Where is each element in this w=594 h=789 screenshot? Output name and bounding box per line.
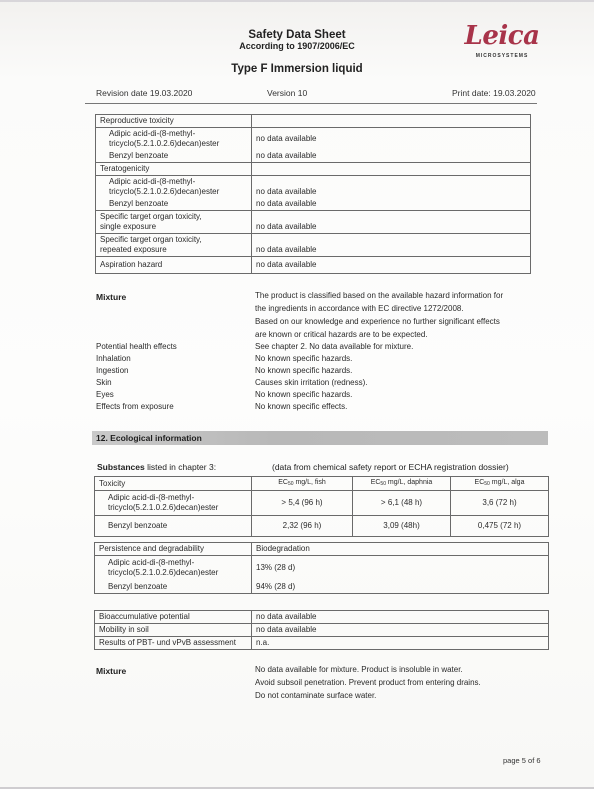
mixture-eco-label: Mixture [96,666,126,676]
data-source-note: (data from chemical safety report or ECH… [272,462,509,472]
substance-line: Adipic acid-di-(8-methyl- [109,129,247,139]
column-header: Persistence and degradability [95,543,252,556]
logo-wordmark: Leica [452,22,552,50]
table-row: Reproductive toxicity [96,115,531,128]
paragraph-line: Do not contaminate surface water. [255,689,481,702]
revision-date: Revision date 19.03.2020 [96,88,192,98]
substances-rest: listed in chapter 3: [145,462,216,472]
column-header: EC50 mg/L, daphnia [353,477,451,491]
effect-value: See chapter 2. No data available for mix… [255,342,413,351]
table-row: Specific target organ toxicity, single e… [96,211,531,234]
row-heading: Teratogenicity [96,163,252,176]
substances-bold: Substances [97,462,145,472]
table-row: Adipic acid-di-(8-methyl- tricyclo(5.2.1… [96,176,531,199]
mixture-paragraph: The product is classified based on the a… [255,289,503,341]
alga-value: 3,6 (72 h) [451,491,549,516]
product-name: Type F Immersion liquid [0,63,594,75]
persistence-table: Persistence and degradability Biodegrada… [94,542,549,594]
paragraph-line: Based on our knowledge and experience no… [255,315,503,328]
table-row: Adipic acid-di-(8-methyl- tricyclo(5.2.1… [95,491,549,516]
logo-subtitle: MICROSYSTEMS [452,53,552,59]
row-heading: Reproductive toxicity [96,115,252,128]
effect-label: Ingestion [96,366,128,375]
effect-label: Potential health effects [96,342,177,351]
table-row: Specific target organ toxicity, repeated… [96,234,531,257]
table-row: Benzyl benzoate 2,32 (96 h) 3,09 (48h) 0… [95,516,549,537]
row-label: Mobility in soil [95,624,252,637]
table-row: Results of PBT- und vPvB assessment n.a. [95,637,549,650]
effect-value: No known specific hazards. [255,390,352,399]
substance-line: tricyclo(5.2.1.0.2.6)decan)ester [109,139,247,149]
paragraph-line: The product is classified based on the a… [255,289,503,302]
substance-name: Adipic acid-di-(8-methyl- tricyclo(5.2.1… [96,128,252,151]
version: Version 10 [267,88,307,98]
paragraph-line: Avoid subsoil penetration. Prevent produ… [255,676,481,689]
effect-label: Skin [96,378,112,387]
substance-name: Benzyl benzoate [95,516,252,537]
effect-value: Causes skin irritation (redness). [255,378,367,387]
cell-value: no data available [252,128,531,151]
cell-value: no data available [252,176,531,199]
leica-logo: Leica MICROSYSTEMS [452,22,552,59]
substance-name: Benzyl benzoate [96,150,252,163]
substance-name: Benzyl benzoate [96,198,252,211]
column-header: Toxicity [95,477,252,491]
substances-intro: Substances listed in chapter 3: [97,462,216,472]
mixture-eco-text: No data available for mixture. Product i… [255,663,481,702]
column-header: Biodegradation [252,543,549,556]
cell-value: n.a. [252,637,549,650]
biodegradation-value: 13% (28 d) [252,556,549,580]
paragraph-line: No data available for mixture. Product i… [255,663,481,676]
effect-label: Eyes [96,390,114,399]
substance-name: Adipic acid-di-(8-methyl- tricyclo(5.2.1… [96,176,252,199]
print-date: Print date: 19.03.2020 [452,88,536,98]
label-line: Specific target organ toxicity, [100,212,247,222]
fish-value: 2,32 (96 h) [252,516,353,537]
row-label: Specific target organ toxicity, single e… [96,211,252,234]
substance-line: Adipic acid-di-(8-methyl- [108,493,247,503]
table-row: Adipic acid-di-(8-methyl- tricyclo(5.2.1… [95,556,549,580]
document-page: Safety Data Sheet According to 1907/2006… [0,0,594,789]
table-row: Benzyl benzoate 94% (28 d) [95,579,549,594]
substance-line: tricyclo(5.2.1.0.2.6)decan)ester [108,568,247,578]
column-header: EC50 mg/L, alga [451,477,549,491]
daphnia-value: 3,09 (48h) [353,516,451,537]
section-12-header: 12. Ecological information [92,431,548,445]
substance-name: Adipic acid-di-(8-methyl- tricyclo(5.2.1… [95,556,252,580]
other-effects-table: Bioaccumulative potential no data availa… [94,610,549,650]
daphnia-value: > 6,1 (48 h) [353,491,451,516]
alga-value: 0,475 (72 h) [451,516,549,537]
paragraph-line: are known or critical hazards are to be … [255,328,503,341]
table-header-row: Persistence and degradability Biodegrada… [95,543,549,556]
substance-line: tricyclo(5.2.1.0.2.6)decan)ester [109,187,247,197]
effect-value: No known specific effects. [255,402,347,411]
table-row: Mobility in soil no data available [95,624,549,637]
effect-value: No known specific hazards. [255,354,352,363]
ecotoxicity-table: Toxicity EC50 mg/L, fish EC50 mg/L, daph… [94,476,549,537]
label-line: single exposure [100,222,247,232]
effect-label: Effects from exposure [96,402,174,411]
cell-value: no data available [252,211,531,234]
substance-line: tricyclo(5.2.1.0.2.6)decan)ester [108,503,247,513]
substance-line: Adipic acid-di-(8-methyl- [108,558,247,568]
fish-value: > 5,4 (96 h) [252,491,353,516]
mixture-label: Mixture [96,292,126,302]
paragraph-line: the ingredients in accordance with EC di… [255,302,503,315]
label-line: Specific target organ toxicity, [100,235,247,245]
empty-cell [252,163,531,176]
header-divider [85,103,537,104]
table-row: Benzyl benzoate no data available [96,198,531,211]
table-row: Bioaccumulative potential no data availa… [95,611,549,624]
substance-line: Adipic acid-di-(8-methyl- [109,177,247,187]
table-row: Benzyl benzoate no data available [96,150,531,163]
page-number: page 5 of 6 [503,756,541,765]
row-label: Results of PBT- und vPvB assessment [95,637,252,650]
table-row: Teratogenicity [96,163,531,176]
cell-value: no data available [252,611,549,624]
scan-top-edge [0,0,594,2]
row-label: Aspiration hazard [96,257,252,274]
cell-value: no data available [252,234,531,257]
substance-name: Adipic acid-di-(8-methyl- tricyclo(5.2.1… [95,491,252,516]
row-label: Bioaccumulative potential [95,611,252,624]
cell-value: no data available [252,257,531,274]
biodegradation-value: 94% (28 d) [252,579,549,594]
table-row: Adipic acid-di-(8-methyl- tricyclo(5.2.1… [96,128,531,151]
empty-cell [252,115,531,128]
section-title: 12. Ecological information [96,433,202,443]
cell-value: no data available [252,198,531,211]
cell-value: no data available [252,150,531,163]
label-line: repeated exposure [100,245,247,255]
table-row: Aspiration hazard no data available [96,257,531,274]
substance-name: Benzyl benzoate [95,579,252,594]
row-label: Specific target organ toxicity, repeated… [96,234,252,257]
table-header-row: Toxicity EC50 mg/L, fish EC50 mg/L, daph… [95,477,549,491]
cell-value: no data available [252,624,549,637]
column-header: EC50 mg/L, fish [252,477,353,491]
effect-label: Inhalation [96,354,131,363]
effect-value: No known specific hazards. [255,366,352,375]
toxicity-table: Reproductive toxicity Adipic acid-di-(8-… [95,114,531,274]
